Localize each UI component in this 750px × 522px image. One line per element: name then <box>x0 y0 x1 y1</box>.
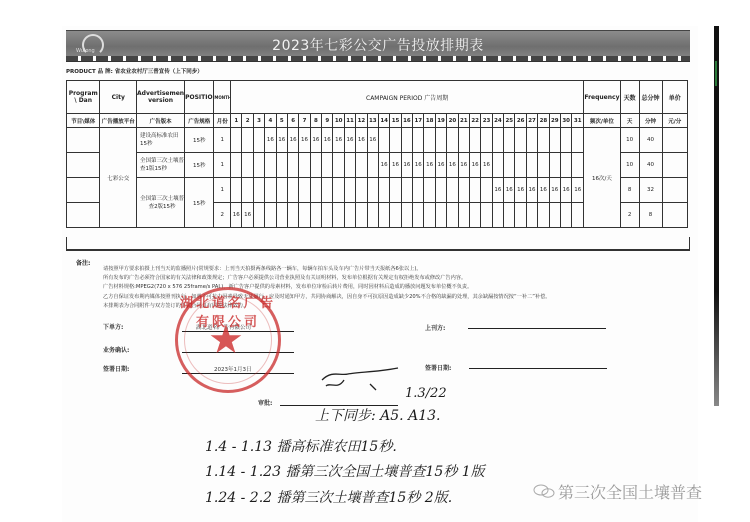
day-number-cell: 2 <box>242 114 253 128</box>
day-cell <box>356 203 367 228</box>
header-days: 天数 <box>620 81 639 114</box>
program-cell <box>67 203 100 228</box>
day-cell: 16 <box>378 153 389 178</box>
notes-label: 备注: <box>76 258 90 267</box>
day-cell <box>322 203 333 228</box>
note-line: 所有发布的广告必须符合国家的有关法律和政策规定；广告客户必须提供公司营业执照及有… <box>103 274 563 283</box>
day-cell <box>572 153 584 178</box>
day-number-cell: 16 <box>401 114 412 128</box>
day-number-cell: 14 <box>378 114 389 128</box>
day-cell: 16 <box>572 178 584 203</box>
month-cell: 1 <box>214 153 231 178</box>
day-cell: 16 <box>287 128 298 153</box>
table-footer-bar <box>66 237 690 251</box>
day-cell <box>253 128 264 153</box>
day-cell <box>469 178 480 203</box>
day-cell: 16 <box>504 178 515 203</box>
day-number-cell: 3 <box>253 114 264 128</box>
day-cell <box>447 128 458 153</box>
day-cell <box>526 153 537 178</box>
day-cell: 16 <box>424 153 435 178</box>
day-cell: 16 <box>538 178 549 203</box>
days-cell: 8 <box>620 178 639 203</box>
day-number-cell: 23 <box>481 114 492 128</box>
day-cell <box>435 128 446 153</box>
day-cell <box>299 203 310 228</box>
day-cell <box>526 128 537 153</box>
day-cell <box>435 203 446 228</box>
day-cell <box>515 128 526 153</box>
approval-label: 审批: <box>258 398 272 407</box>
day-cell <box>549 153 560 178</box>
day-cell <box>378 178 389 203</box>
day-cell: 16 <box>515 178 526 203</box>
handwritten-date: 1.3/22 <box>405 386 447 401</box>
header-frequency-cn: 频次/单位 <box>584 114 621 128</box>
header-unit-price: 单价 <box>662 81 687 114</box>
publisher-line <box>468 328 606 329</box>
day-cell <box>276 153 287 178</box>
note-line: 广告材料规格:MPEG2(720 x 576 25frame/s PAL)，新广… <box>103 283 563 292</box>
day-number-cell: 11 <box>344 114 355 128</box>
day-cell <box>253 178 264 203</box>
header-city-cn: 广告播放平台 <box>100 114 137 128</box>
day-cell <box>242 128 253 153</box>
day-cell <box>458 203 469 228</box>
product-line: PRODUCT 品 牌: 省农业农村厅三普宣传（上下同步） <box>66 67 203 75</box>
wechat-icon <box>533 484 555 498</box>
company-seal-stamp: 湖北道名广告有限公司 ★ <box>175 287 281 393</box>
day-number-cell: 5 <box>276 114 287 128</box>
spec-cell: 15秒 <box>185 178 214 228</box>
header-ad-version: Advertisement version <box>137 81 185 114</box>
day-number-cell: 22 <box>469 114 480 128</box>
header-row-en: Program \ DanCityAdvertisement versionPO… <box>67 81 688 114</box>
day-cell: 16 <box>549 178 560 203</box>
day-cell <box>560 153 571 178</box>
seal-star-icon: ★ <box>208 320 244 360</box>
day-cell <box>378 128 389 153</box>
handwritten-sync-note: 上下同步: A5. A13. <box>315 405 440 425</box>
header-campaign-period: CAMPAIGN PERIOD 广告周期 <box>231 81 584 114</box>
note-line: 请按照甲方要求拍摄上刊当天的监播照片(常规要求：上刊当天拍摄两条线路各一辆车，每… <box>103 265 563 274</box>
day-cell <box>413 178 424 203</box>
day-cell <box>515 153 526 178</box>
day-cell <box>424 128 435 153</box>
handwritten-line: 1.24 - 2.2 播第三次土壤普查15秒 2版. <box>205 487 452 507</box>
day-cell: 16 <box>231 203 242 228</box>
total-minutes-cell: 32 <box>639 178 662 203</box>
note-line: 本排期表为合同附件与双方签订的正式合同具有同等法律效力。 <box>103 302 563 311</box>
day-cell: 16 <box>390 153 401 178</box>
day-cell <box>560 203 571 228</box>
day-cell <box>538 203 549 228</box>
days-cell: 10 <box>620 128 639 153</box>
unit-price-cell <box>662 128 687 153</box>
day-number-cell: 13 <box>367 114 378 128</box>
day-number-cell: 26 <box>515 114 526 128</box>
day-cell <box>515 203 526 228</box>
day-cell: 16 <box>356 128 367 153</box>
day-number-cell: 18 <box>424 114 435 128</box>
day-cell <box>424 178 435 203</box>
day-cell <box>538 128 549 153</box>
day-cell <box>390 178 401 203</box>
day-cell <box>378 203 389 228</box>
day-cell <box>390 203 401 228</box>
day-cell <box>265 203 276 228</box>
watermark-text: 第三次全国土壤普查 <box>558 480 702 503</box>
day-number-cell: 27 <box>526 114 537 128</box>
total-minutes-cell: 40 <box>639 128 662 153</box>
day-cell <box>299 178 310 203</box>
day-cell: 16 <box>367 128 378 153</box>
unit-price-cell <box>662 178 687 203</box>
day-cell <box>310 203 321 228</box>
day-cell <box>265 153 276 178</box>
days-cell: 10 <box>620 153 639 178</box>
day-cell: 16 <box>435 153 446 178</box>
day-cell <box>344 178 355 203</box>
day-cell <box>549 203 560 228</box>
day-cell: 16 <box>469 153 480 178</box>
day-cell <box>367 178 378 203</box>
day-number-cell: 29 <box>549 114 560 128</box>
schedule-table: Program \ DanCityAdvertisement versionPO… <box>66 80 688 228</box>
day-cell <box>310 153 321 178</box>
day-cell: 16 <box>401 153 412 178</box>
publisher-label: 上刊方: <box>425 323 445 332</box>
day-number-cell: 15 <box>390 114 401 128</box>
header-position: POSITION <box>185 81 214 114</box>
day-number-cell: 30 <box>560 114 571 128</box>
note-line: 乙方自保证发布期内媒体按照刊执行，如遇不可抗力因素导致无法履行，应及时通知甲方，… <box>103 293 563 302</box>
day-cell: 16 <box>492 178 503 203</box>
day-cell <box>504 153 515 178</box>
day-cell <box>322 178 333 203</box>
edge-highlight <box>715 61 717 86</box>
day-number-cell: 12 <box>356 114 367 128</box>
day-cell <box>435 178 446 203</box>
day-cell: 16 <box>322 128 333 153</box>
day-cell <box>231 178 242 203</box>
header-position-cn: 广告规格 <box>185 114 214 128</box>
day-cell <box>333 203 344 228</box>
right-sign-date-line <box>469 368 607 369</box>
header-program: Program \ Dan <box>67 81 100 114</box>
day-number-cell: 21 <box>458 114 469 128</box>
day-number-cell: 24 <box>492 114 503 128</box>
day-cell <box>333 153 344 178</box>
orderer-label: 下单方: <box>103 322 123 331</box>
day-cell <box>299 153 310 178</box>
header-month: MONTH <box>214 81 231 114</box>
day-cell <box>322 153 333 178</box>
ad-version-cell: 全国第三次土壤普查1版15秒 <box>137 153 185 178</box>
right-sign-date-label: 签署日期: <box>425 363 451 372</box>
platform-cell: 七彩公交 <box>100 128 137 228</box>
day-cell: 16 <box>333 128 344 153</box>
day-cell <box>481 178 492 203</box>
schedule-row: 七彩公交建设高标准农田15秒15秒11616161616161616161616… <box>67 128 688 153</box>
day-number-cell: 10 <box>333 114 344 128</box>
day-cell: 16 <box>447 153 458 178</box>
day-cell <box>333 178 344 203</box>
header-unit-price-cn: 元/分 <box>662 114 687 128</box>
day-cell <box>253 153 264 178</box>
handwritten-line: 1.14 - 1.23 播第三次全国土壤普查15秒 1版 <box>205 461 485 481</box>
day-cell <box>287 153 298 178</box>
decorative-divider <box>66 56 690 62</box>
day-cell <box>356 153 367 178</box>
day-number-cell: 19 <box>435 114 446 128</box>
day-cell <box>560 128 571 153</box>
day-cell: 16 <box>526 178 537 203</box>
day-cell <box>572 128 584 153</box>
day-cell: 16 <box>242 203 253 228</box>
unit-price-cell <box>662 203 687 228</box>
day-number-cell: 4 <box>265 114 276 128</box>
day-cell <box>538 153 549 178</box>
day-cell <box>447 203 458 228</box>
program-cell <box>67 153 100 178</box>
day-number-cell: 6 <box>287 114 298 128</box>
day-number-cell: 8 <box>310 114 321 128</box>
day-cell: 16 <box>310 128 321 153</box>
ad-version-cell: 全国第三次土壤普查2版15秒 <box>137 178 185 228</box>
day-cell <box>572 203 584 228</box>
day-cell: 16 <box>265 128 276 153</box>
header-row-cn: 节目\媒体广告播放平台广告版本广告规格月份1234567891011121314… <box>67 114 688 128</box>
day-cell <box>356 178 367 203</box>
day-cell <box>504 203 515 228</box>
day-number-cell: 31 <box>572 114 584 128</box>
day-cell <box>367 153 378 178</box>
day-cell <box>492 153 503 178</box>
day-cell <box>413 128 424 153</box>
total-minutes-cell: 8 <box>639 203 662 228</box>
days-cell: 2 <box>620 203 639 228</box>
day-cell <box>253 203 264 228</box>
header-city: City <box>100 81 137 114</box>
header-days-cn: 天 <box>620 114 639 128</box>
day-cell <box>504 128 515 153</box>
day-cell <box>424 203 435 228</box>
header-month-cn: 月份 <box>214 114 231 128</box>
day-cell <box>390 128 401 153</box>
month-cell: 1 <box>214 178 231 203</box>
day-number-cell: 17 <box>413 114 424 128</box>
unit-price-cell <box>662 153 687 178</box>
month-cell: 1 <box>214 128 231 153</box>
day-cell <box>447 178 458 203</box>
day-cell <box>231 128 242 153</box>
day-cell <box>367 203 378 228</box>
day-cell <box>526 203 537 228</box>
day-number-cell: 25 <box>504 114 515 128</box>
day-number-cell: 1 <box>231 114 242 128</box>
day-number-cell: 20 <box>447 114 458 128</box>
day-cell: 16 <box>481 153 492 178</box>
day-cell: 16 <box>276 128 287 153</box>
day-cell <box>344 153 355 178</box>
left-sign-date-label: 签署日期: <box>103 364 129 373</box>
day-cell <box>492 128 503 153</box>
day-cell <box>481 128 492 153</box>
program-cell <box>67 178 100 203</box>
notes-list: 请按照甲方要求拍摄上刊当天的监播照片(常规要求：上刊当天拍摄两条线路各一辆车，每… <box>103 265 563 311</box>
day-cell <box>413 203 424 228</box>
product-label: PRODUCT 品 牌: <box>66 69 113 75</box>
day-cell <box>242 178 253 203</box>
total-minutes-cell: 40 <box>639 153 662 178</box>
handwritten-line: 1.4 - 1.13 播高标准农田15秒. <box>205 436 397 456</box>
day-cell <box>287 178 298 203</box>
day-cell: 16 <box>458 153 469 178</box>
day-cell <box>401 178 412 203</box>
day-cell: 16 <box>560 178 571 203</box>
day-cell <box>276 203 287 228</box>
day-cell: 16 <box>344 128 355 153</box>
day-cell <box>549 128 560 153</box>
day-number-cell: 28 <box>538 114 549 128</box>
product-value: 省农业农村厅三普宣传（上下同步） <box>115 69 203 75</box>
page-edge-shadow <box>714 26 719 406</box>
header-frequency: Frequency <box>584 81 621 114</box>
header-ad-version-cn: 广告版本 <box>137 114 185 128</box>
spec-cell: 15秒 <box>185 128 214 153</box>
day-number-cell: 7 <box>299 114 310 128</box>
frequency-cell: 16次/天 <box>584 128 621 228</box>
day-cell <box>231 153 242 178</box>
day-cell <box>265 178 276 203</box>
day-cell <box>458 178 469 203</box>
header-program-cn: 节目\媒体 <box>67 114 100 128</box>
day-cell <box>242 153 253 178</box>
month-cell: 2 <box>214 203 231 228</box>
day-cell <box>401 128 412 153</box>
day-cell <box>469 128 480 153</box>
day-cell <box>344 203 355 228</box>
day-cell <box>287 203 298 228</box>
day-cell <box>469 203 480 228</box>
header-total-minutes: 总分钟 <box>639 81 662 114</box>
spec-cell: 15秒 <box>185 153 214 178</box>
day-cell: 16 <box>299 128 310 153</box>
day-cell <box>276 178 287 203</box>
day-cell: 16 <box>413 153 424 178</box>
day-cell <box>401 203 412 228</box>
title-banner: Wulong 2023年七彩公交广告投放排期表 <box>66 30 690 57</box>
ad-version-cell: 建设高标准农田15秒 <box>137 128 185 153</box>
business-confirm-label: 业务确认: <box>103 345 129 354</box>
day-cell <box>481 203 492 228</box>
document-title: 2023年七彩公交广告投放排期表 <box>66 35 690 55</box>
day-cell <box>458 128 469 153</box>
header-total-minutes-cn: 分钟 <box>639 114 662 128</box>
day-cell <box>492 203 503 228</box>
program-cell <box>67 128 100 153</box>
day-cell <box>310 178 321 203</box>
day-number-cell: 9 <box>322 114 333 128</box>
